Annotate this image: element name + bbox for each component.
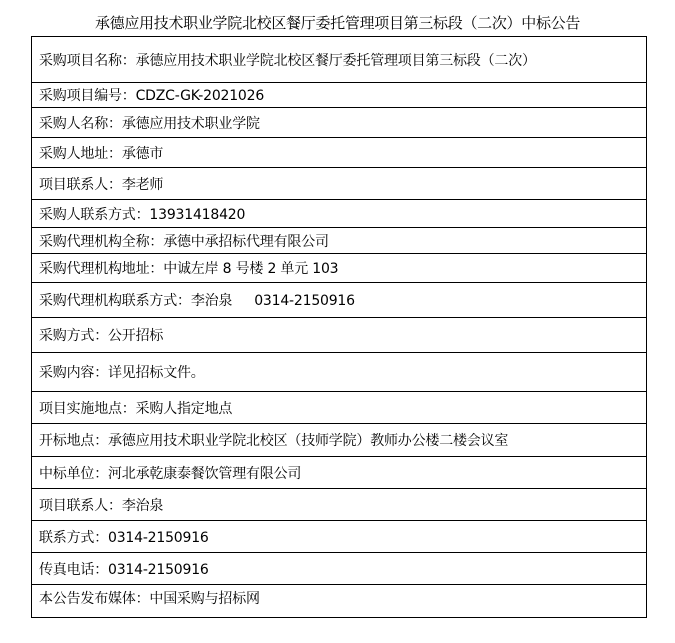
table-row-publishing-media: 本公告发布媒体：中国采购与招标网 [32,585,647,618]
field-value: 李治泉 [191,293,232,309]
field-value: 承德应用技术职业学院北校区餐厅委托管理项目第三标段（二次） [136,53,536,69]
field-label: 采购人名称： [39,116,122,132]
table-cell: 采购人名称：承德应用技术职业学院 [32,108,647,138]
field-value: 承德应用技术职业学院北校区（技师学院）教师办公楼二楼会议室 [108,433,508,449]
field-value: 承德市 [122,146,163,162]
table-row-procurement-content: 采购内容：详见招标文件。 [32,353,647,392]
field-value: 李治泉 [122,498,163,514]
field-label: 采购人联系方式： [39,207,149,223]
field-label: 中标单位： [39,466,108,482]
table-row-project-contact: 项目联系人：李老师 [32,168,647,200]
table-cell: 项目联系人：李老师 [32,168,647,200]
field-value: 0314-2150916 [108,530,209,546]
field-label: 项目联系人： [39,177,122,193]
field-label: 联系方式： [39,530,108,546]
field-label: 采购人地址： [39,146,122,162]
field-value: 李老师 [122,177,163,193]
table-row-purchaser-name: 采购人名称：承德应用技术职业学院 [32,108,647,138]
field-label: 传真电话： [39,562,108,578]
table-row-agency-contact: 采购代理机构联系方式：李治泉0314-2150916 [32,283,647,318]
table-cell: 采购项目编号：CDZC-GK-2021026 [32,83,647,108]
field-label: 本公告发布媒体： [39,591,149,607]
table-row-project-name: 采购项目名称：承德应用技术职业学院北校区餐厅委托管理项目第三标段（二次） [32,37,647,83]
field-value: 中诚左岸 8 号楼 2 单元 103 [163,261,338,277]
table-cell: 采购人联系方式：13931418420 [32,200,647,228]
field-value-phone: 0314-2150916 [254,293,355,309]
field-value: 13931418420 [149,207,245,223]
field-label: 项目实施地点： [39,401,136,417]
table-row-bid-opening-site: 开标地点：承德应用技术职业学院北校区（技师学院）教师办公楼二楼会议室 [32,424,647,457]
table-row-winning-bidder: 中标单位：河北承乾康泰餐饮管理有限公司 [32,457,647,489]
field-value: 承德应用技术职业学院 [122,116,260,132]
field-label: 开标地点： [39,433,108,449]
table-row-agency-name: 采购代理机构全称：承德中承招标代理有限公司 [32,228,647,254]
table-row-phone: 联系方式：0314-2150916 [32,521,647,553]
table-cell: 采购代理机构地址：中诚左岸 8 号楼 2 单元 103 [32,254,647,283]
field-label: 采购代理机构联系方式： [39,293,191,309]
table-cell: 项目联系人：李治泉 [32,489,647,521]
field-value: 中国采购与招标网 [149,591,259,607]
table-cell: 采购项目名称：承德应用技术职业学院北校区餐厅委托管理项目第三标段（二次） [32,37,647,83]
table-cell: 项目实施地点：采购人指定地点 [32,392,647,424]
table-row-project-number: 采购项目编号：CDZC-GK-2021026 [32,83,647,108]
table-row-agency-address: 采购代理机构地址：中诚左岸 8 号楼 2 单元 103 [32,254,647,283]
table-row-procurement-method: 采购方式：公开招标 [32,318,647,353]
field-label: 采购方式： [39,328,108,344]
table-cell: 采购内容：详见招标文件。 [32,353,647,392]
field-label: 项目联系人： [39,498,122,514]
field-value: 公开招标 [108,328,163,344]
field-value: 0314-2150916 [108,562,209,578]
field-value: 采购人指定地点 [136,401,233,417]
field-label: 采购内容： [39,365,108,381]
field-label: 采购项目编号： [39,88,136,104]
table-cell: 开标地点：承德应用技术职业学院北校区（技师学院）教师办公楼二楼会议室 [32,424,647,457]
table-cell: 采购代理机构联系方式：李治泉0314-2150916 [32,283,647,318]
table-cell: 采购代理机构全称：承德中承招标代理有限公司 [32,228,647,254]
table-row-winner-contact: 项目联系人：李治泉 [32,489,647,521]
table-row-purchaser-address: 采购人地址：承德市 [32,138,647,168]
field-value: 河北承乾康泰餐饮管理有限公司 [108,466,301,482]
table-row-purchaser-contact: 采购人联系方式：13931418420 [32,200,647,228]
table-cell: 本公告发布媒体：中国采购与招标网 [32,585,647,618]
field-label: 采购项目名称： [39,53,136,69]
table-cell: 采购人地址：承德市 [32,138,647,168]
notice-table: 采购项目名称：承德应用技术职业学院北校区餐厅委托管理项目第三标段（二次） 采购项… [31,36,647,618]
field-label: 采购代理机构全称： [39,234,163,250]
notice-title: 承德应用技术职业学院北校区餐厅委托管理项目第三标段（二次）中标公告 [0,12,675,34]
field-value: CDZC-GK-2021026 [136,88,264,104]
field-value: 详见招标文件。 [108,365,205,381]
table-cell: 中标单位：河北承乾康泰餐饮管理有限公司 [32,457,647,489]
field-value: 承德中承招标代理有限公司 [163,234,329,250]
table-cell: 联系方式：0314-2150916 [32,521,647,553]
table-row-implementation-site: 项目实施地点：采购人指定地点 [32,392,647,424]
table-cell: 传真电话：0314-2150916 [32,553,647,585]
table-cell: 采购方式：公开招标 [32,318,647,353]
field-label: 采购代理机构地址： [39,261,163,277]
table-row-fax: 传真电话：0314-2150916 [32,553,647,585]
